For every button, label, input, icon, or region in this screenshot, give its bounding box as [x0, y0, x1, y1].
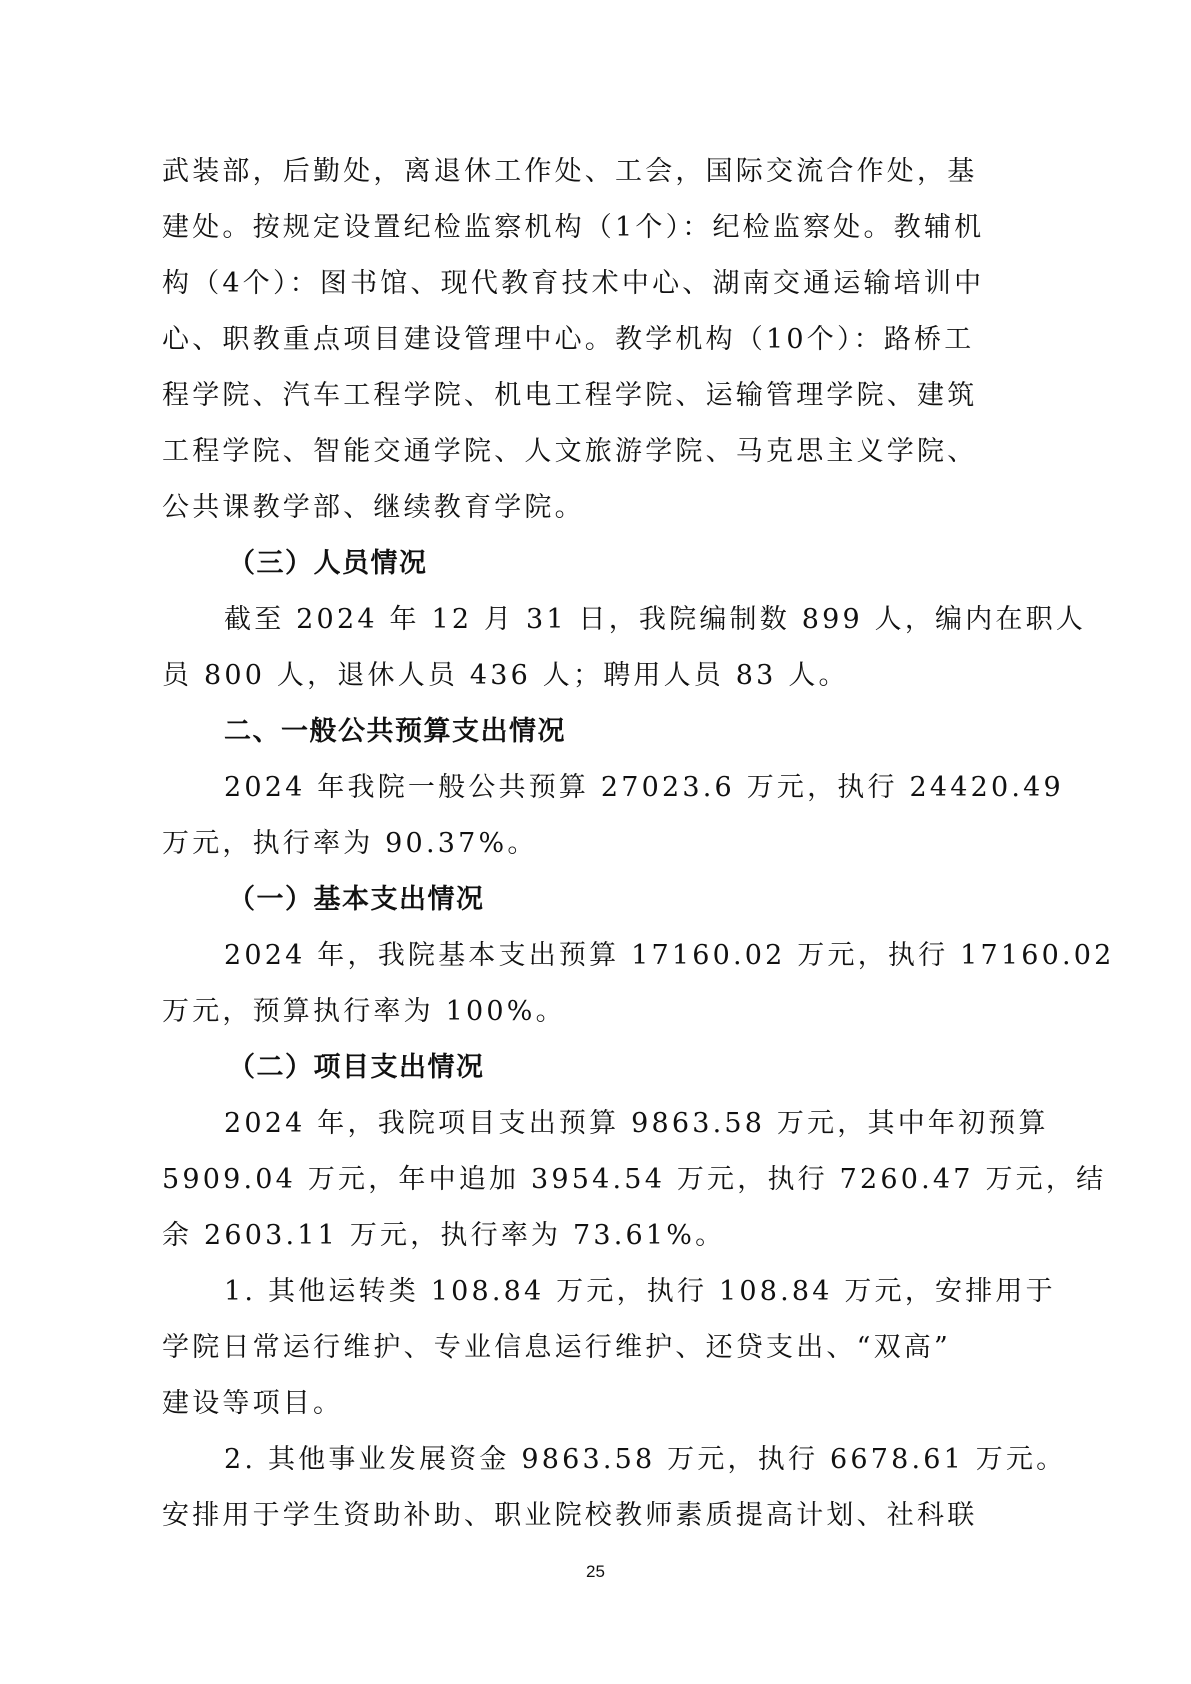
paragraph-line: 余 2603.11 万元，执行率为 73.61%。 — [162, 1214, 1042, 1270]
paragraph-line: 2024 年我院一般公共预算 27023.6 万元，执行 24420.49 — [162, 766, 1042, 822]
list-item-line: 1. 其他运转类 108.84 万元，执行 108.84 万元，安排用于 — [162, 1270, 1042, 1326]
section-subheading-project-expenditure: （二）项目支出情况 — [162, 1046, 1042, 1102]
section-subheading-personnel: （三）人员情况 — [162, 542, 1042, 598]
document-page: 武装部，后勤处，离退休工作处、工会，国际交流合作处，基 建处。按规定设置纪检监察… — [0, 0, 1191, 1684]
paragraph-line: 建处。按规定设置纪检监察机构（1个）：纪检监察处。教辅机 — [162, 206, 1042, 262]
page-number: 25 — [0, 1562, 1191, 1582]
paragraph-line: 建设等项目。 — [162, 1382, 1042, 1438]
section-heading-general-budget: 二、一般公共预算支出情况 — [162, 710, 1042, 766]
paragraph-line: 万元，执行率为 90.37%。 — [162, 822, 1042, 878]
paragraph-line: 武装部，后勤处，离退休工作处、工会，国际交流合作处，基 — [162, 150, 1042, 206]
paragraph-line: 安排用于学生资助补助、职业院校教师素质提高计划、社科联 — [162, 1494, 1042, 1550]
paragraph-line: 程学院、汽车工程学院、机电工程学院、运输管理学院、建筑 — [162, 374, 1042, 430]
paragraph-line: 心、职教重点项目建设管理中心。教学机构（10个）：路桥工 — [162, 318, 1042, 374]
paragraph-line: 2024 年，我院项目支出预算 9863.58 万元，其中年初预算 — [162, 1102, 1042, 1158]
document-body: 武装部，后勤处，离退休工作处、工会，国际交流合作处，基 建处。按规定设置纪检监察… — [162, 150, 1042, 1550]
paragraph-line: 学院日常运行维护、专业信息运行维护、还贷支出、“双高” — [162, 1326, 1042, 1382]
list-item-line: 2. 其他事业发展资金 9863.58 万元，执行 6678.61 万元。 — [162, 1438, 1042, 1494]
paragraph-line: 截至 2024 年 12 月 31 日，我院编制数 899 人，编内在职人 — [162, 598, 1042, 654]
paragraph-line: 工程学院、智能交通学院、人文旅游学院、马克思主义学院、 — [162, 430, 1042, 486]
paragraph-line: 构（4个）：图书馆、现代教育技术中心、湖南交通运输培训中 — [162, 262, 1042, 318]
paragraph-line: 2024 年，我院基本支出预算 17160.02 万元，执行 17160.02 — [162, 934, 1042, 990]
paragraph-line: 员 800 人，退休人员 436 人；聘用人员 83 人。 — [162, 654, 1042, 710]
paragraph-line: 万元，预算执行率为 100%。 — [162, 990, 1042, 1046]
paragraph-line: 5909.04 万元，年中追加 3954.54 万元，执行 7260.47 万元… — [162, 1158, 1042, 1214]
section-subheading-basic-expenditure: （一）基本支出情况 — [162, 878, 1042, 934]
paragraph-line: 公共课教学部、继续教育学院。 — [162, 486, 1042, 542]
